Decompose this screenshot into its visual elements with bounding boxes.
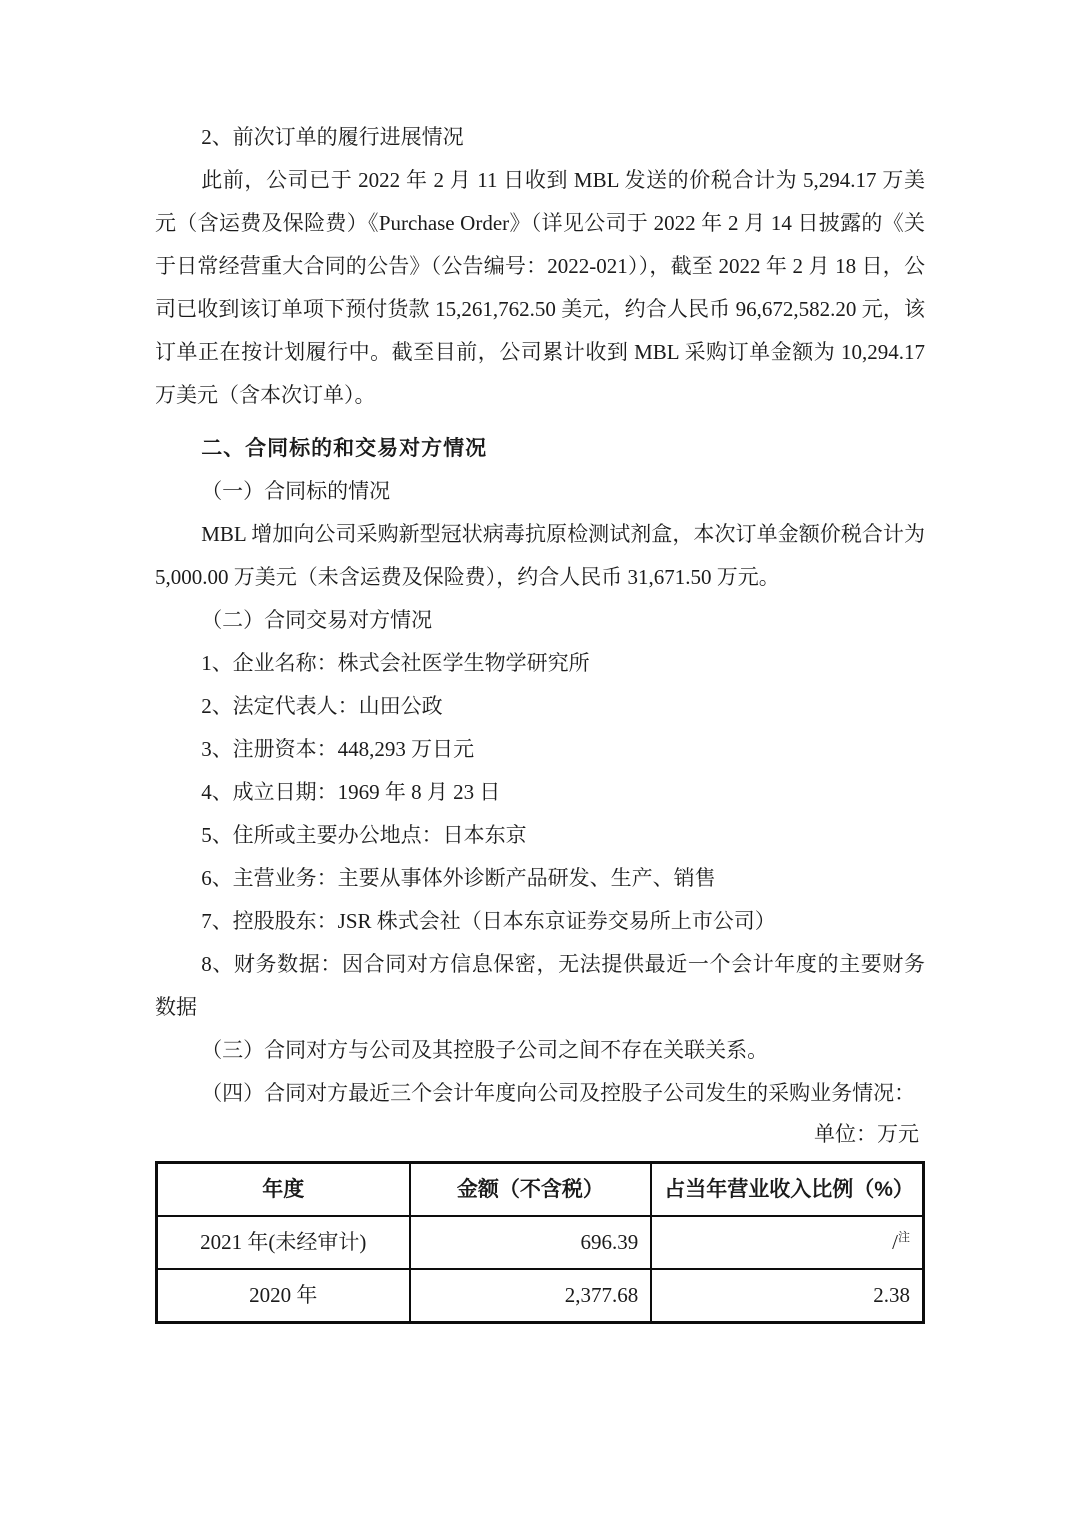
counterparty-item-company-name: 1、企业名称：株式会社医学生物学研究所 bbox=[155, 642, 925, 685]
subsection-2-title: （二）合同交易对方情况 bbox=[155, 599, 925, 642]
cell-amount-2021: 696.39 bbox=[410, 1216, 652, 1269]
counterparty-item-registered-capital: 3、注册资本：448,293 万日元 bbox=[155, 728, 925, 771]
subsection-3-para: （三）合同对方与公司及其控股子公司之间不存在关联关系。 bbox=[155, 1029, 925, 1072]
counterparty-item-controlling-shareholder: 7、控股股东：JSR 株式会社（日本东京证券交易所上市公司） bbox=[155, 900, 925, 943]
para-previous-order-progress: 此前，公司已于 2022 年 2 月 11 日收到 MBL 发送的价税合计为 5… bbox=[155, 159, 925, 417]
cell-amount-2020: 2,377.68 bbox=[410, 1269, 652, 1323]
cell-year-2021: 2021 年(未经审计) bbox=[157, 1216, 410, 1269]
ratio-value: 2.38 bbox=[873, 1283, 910, 1307]
counterparty-item-address: 5、住所或主要办公地点：日本东京 bbox=[155, 814, 925, 857]
counterparty-item-main-business: 6、主营业务：主要从事体外诊断产品研发、生产、销售 bbox=[155, 857, 925, 900]
table-header-row: 年度 金额（不含税） 占当年营业收入比例（%） bbox=[157, 1163, 924, 1217]
column-header-amount: 金额（不含税） bbox=[410, 1163, 652, 1217]
purchase-history-table: 年度 金额（不含税） 占当年营业收入比例（%） 2021 年(未经审计) 696… bbox=[155, 1161, 925, 1324]
table-row-2020: 2020 年 2,377.68 2.38 bbox=[157, 1269, 924, 1323]
footnote-marker: 注 bbox=[898, 1230, 910, 1244]
counterparty-item-establish-date: 4、成立日期：1969 年 8 月 23 日 bbox=[155, 771, 925, 814]
column-header-revenue-ratio: 占当年营业收入比例（%） bbox=[651, 1163, 923, 1217]
cell-ratio-2021: /注 bbox=[651, 1216, 923, 1269]
counterparty-item-legal-representative: 2、法定代表人：山田公政 bbox=[155, 685, 925, 728]
table-row-2021: 2021 年(未经审计) 696.39 /注 bbox=[157, 1216, 924, 1269]
counterparty-item-financial-data: 8、财务数据：因合同对方信息保密，无法提供最近一个会计年度的主要财务数据 bbox=[155, 943, 925, 1029]
cell-year-2020: 2020 年 bbox=[157, 1269, 410, 1323]
document-page: 2、前次订单的履行进展情况 此前，公司已于 2022 年 2 月 11 日收到 … bbox=[0, 0, 1080, 1527]
section-2-subtitle: 2、前次订单的履行进展情况 bbox=[155, 116, 925, 159]
document-body: 2、前次订单的履行进展情况 此前，公司已于 2022 年 2 月 11 日收到 … bbox=[0, 0, 1080, 1324]
cell-ratio-2020: 2.38 bbox=[651, 1269, 923, 1323]
table-unit-label: 单位：万元 bbox=[155, 1115, 925, 1153]
para-contract-subject: MBL 增加向公司采购新型冠状病毒抗原检测试剂盒，本次订单金额价税合计为 5,0… bbox=[155, 513, 925, 599]
column-header-year: 年度 bbox=[157, 1163, 410, 1217]
section-heading-contract-and-counterparty: 二、合同标的和交易对方情况 bbox=[155, 427, 925, 470]
subsection-1-title: （一）合同标的情况 bbox=[155, 470, 925, 513]
subsection-4-para: （四）合同对方最近三个会计年度向公司及控股子公司发生的采购业务情况： bbox=[155, 1072, 925, 1115]
